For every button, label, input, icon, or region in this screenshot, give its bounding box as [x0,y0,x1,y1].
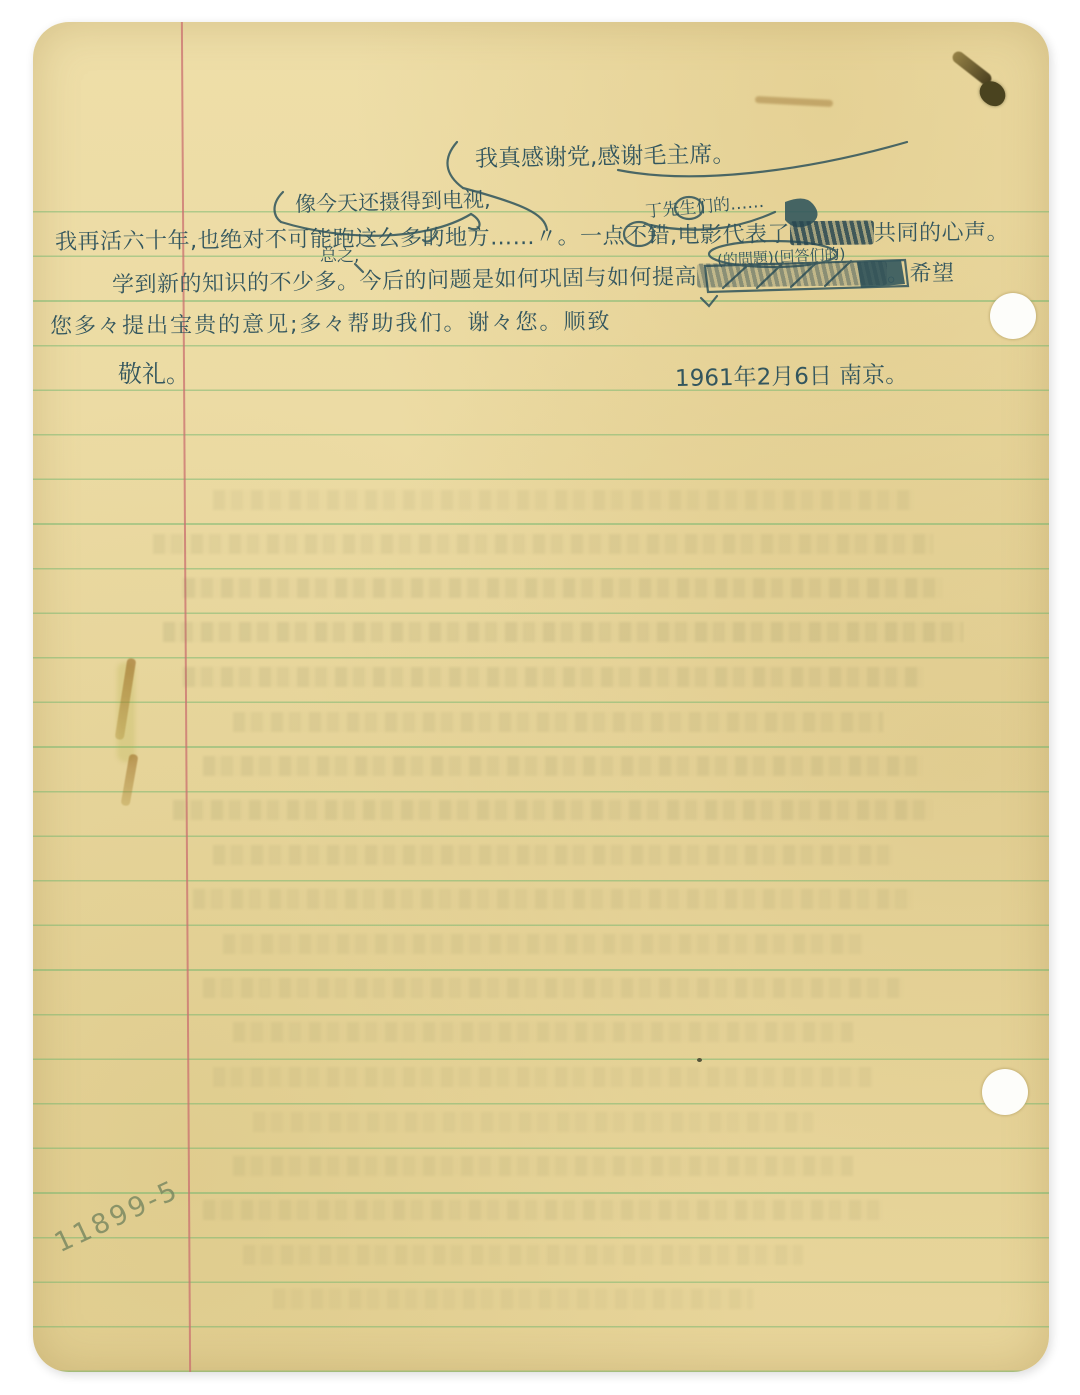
note-zongzhi: 总之, [320,241,359,266]
line1-text-b: 共同的心声。 [874,220,1009,246]
scan-background: 我真感谢党,感谢毛主席。 像今天还摄得到电视, 丁先生们的…… 我再活六十年,也… [0,0,1080,1395]
insertion-bubble-left: 像今天还摄得到电视, [295,183,491,218]
line2-text-b: 。希望 [887,261,955,287]
scribbled-out-text-2 [697,261,887,288]
scribbled-out-text [790,220,874,245]
salutation: 敬礼。 [118,354,190,389]
notebook-paper: 我真感谢党,感谢毛主席。 像今天还摄得到电视, 丁先生们的…… 我再活六十年,也… [33,22,1049,1372]
date-line: 1961年2月6日 南京。 [675,356,909,393]
letter-line-3: 您多々提出宝贵的意见;多々帮助我们。谢々您。顺致 [50,305,612,341]
insertion-bubble-top: 我真感谢党,感谢毛主席。 [475,136,736,174]
